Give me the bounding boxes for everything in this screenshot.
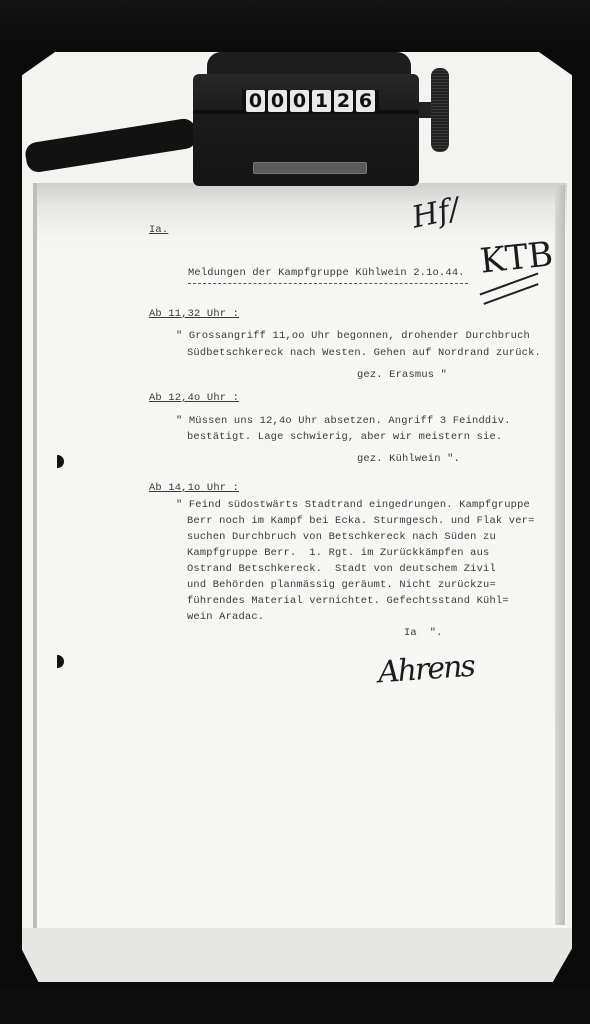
report-line: Berr noch im Kampf bei Ecka. Sturmgesch.… bbox=[187, 515, 535, 527]
document-title: Meldungen der Kampfgruppe Kühlwein 2.1o.… bbox=[188, 267, 465, 279]
report-line: Kampfgruppe Berr. 1. Rgt. im Zurückkämpf… bbox=[187, 547, 489, 559]
header-ref: Ia. bbox=[149, 224, 168, 236]
counter-display: 0 0 0 1 2 6 bbox=[242, 90, 379, 114]
handwritten-initials: KTB bbox=[478, 234, 555, 281]
report-line: bestätigt. Lage schwierig, aber wir meis… bbox=[187, 431, 502, 443]
counter-digit: 1 bbox=[312, 90, 331, 112]
counter-digit: 0 bbox=[246, 90, 265, 112]
report-signature: Ia ". bbox=[404, 627, 443, 639]
counter-knob-icon bbox=[431, 68, 449, 152]
report-signature: gez. Kühlwein ". bbox=[357, 453, 460, 465]
film-border-bottom bbox=[0, 988, 590, 1024]
report-line: " Grossangriff 11,oo Uhr begonnen, drohe… bbox=[176, 330, 530, 342]
report-line: " Feind südostwärts Stadtrand eingedrung… bbox=[176, 499, 530, 511]
sheet-edge bbox=[555, 185, 565, 925]
report-line: Ostrand Betschkereck. Stadt von deutsche… bbox=[187, 563, 496, 575]
report-line: suchen Durchbruch von Betschkereck nach … bbox=[187, 531, 496, 543]
card-bottom-fold bbox=[22, 928, 572, 982]
title-underline bbox=[188, 283, 468, 284]
counter-digit: 0 bbox=[290, 90, 309, 112]
report-time-heading: Ab 12,4o Uhr : bbox=[149, 392, 239, 404]
frame-counter-device: 0 0 0 1 2 6 bbox=[193, 52, 425, 186]
report-signature: gez. Erasmus " bbox=[357, 369, 447, 381]
report-time-heading: Ab 14,1o Uhr : bbox=[149, 482, 239, 494]
report-line: führendes Material vernichtet. Gefechtss… bbox=[187, 595, 509, 607]
handwritten-signature: Ahrens bbox=[377, 649, 475, 691]
counter-digit: 0 bbox=[268, 90, 287, 112]
counter-digit: 6 bbox=[356, 90, 375, 112]
report-line: und Behörden planmässig geräumt. Nicht z… bbox=[187, 579, 496, 591]
counter-digit: 2 bbox=[334, 90, 353, 112]
report-line: " Müssen uns 12,4o Uhr absetzen. Angriff… bbox=[176, 415, 511, 427]
report-line: Südbetschkereck nach Westen. Gehen auf N… bbox=[187, 347, 541, 359]
report-time-heading: Ab 11,32 Uhr : bbox=[149, 308, 239, 320]
film-border-top bbox=[0, 0, 590, 48]
report-line: wein Aradac. bbox=[187, 611, 264, 623]
counter-slot bbox=[253, 162, 367, 174]
